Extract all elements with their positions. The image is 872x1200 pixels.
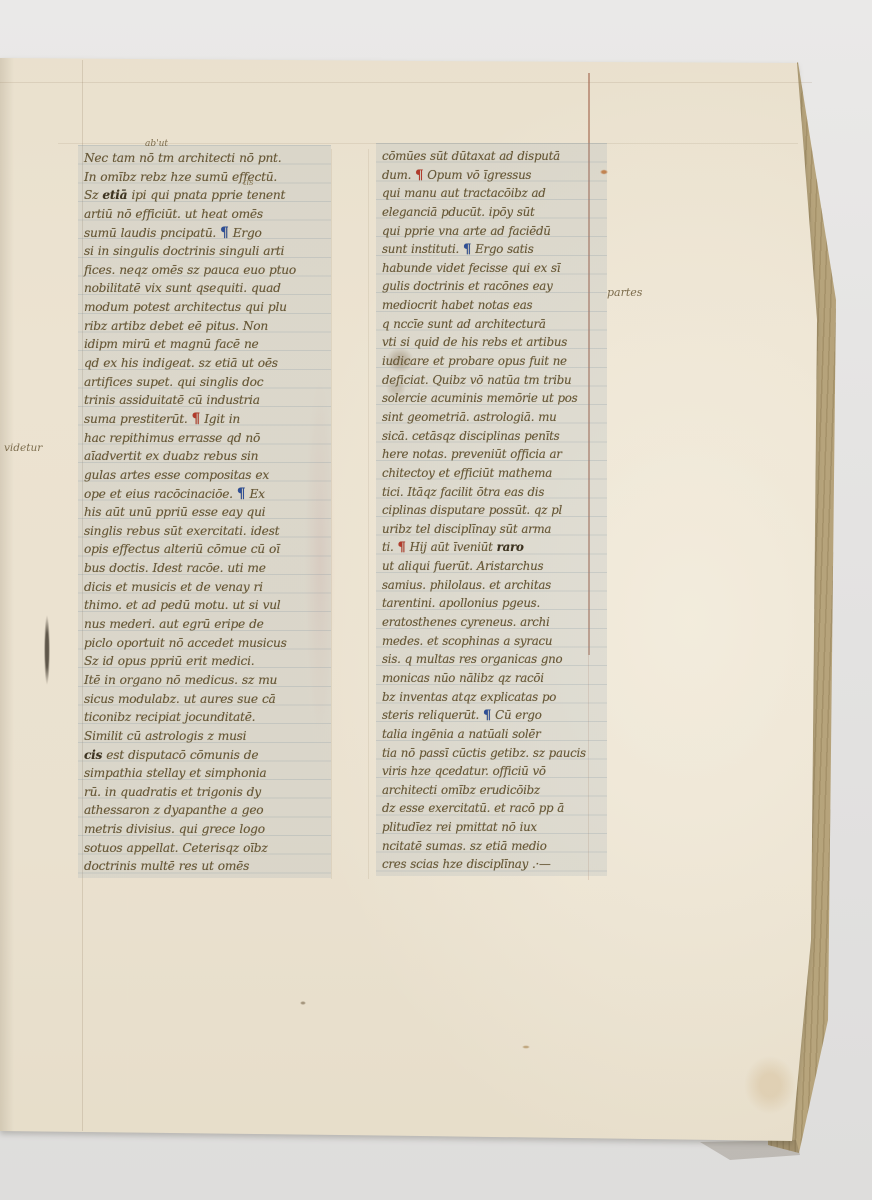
text-line: dicis et musicis et de venay ri bbox=[84, 578, 325, 597]
text-line: aīadvertit ex duabz rebus sin bbox=[84, 447, 325, 466]
text-line: modum potest architectus qui plu bbox=[84, 298, 325, 317]
text-segment: iudicare et probare opus fuit ne bbox=[382, 354, 567, 368]
pilcrow-mark: ¶ bbox=[220, 225, 228, 241]
text-line: qd ex his indigeat. sz etiā ut oēs bbox=[84, 354, 325, 373]
text-line: Sz etiā ipi qui pnata pprie tenent bbox=[84, 186, 325, 205]
text-line: si in singulis doctrinis singuli arti bbox=[84, 242, 325, 261]
interlinear-gloss-line3: tis bbox=[243, 178, 254, 188]
text-segment: artifices supet. qui singlis doc bbox=[84, 375, 263, 389]
text-line: plitudīez rei pmittat nō iux bbox=[382, 818, 601, 837]
text-segment: medes. et scophinas a syracu bbox=[382, 634, 552, 648]
text-line: ncitatē sumas. sz etiā medio bbox=[382, 837, 601, 856]
text-line: solercie acuminis memōrie ut pos bbox=[382, 389, 601, 408]
text-segment: tici. Itāqz facilit ōtra eas dis bbox=[382, 485, 544, 499]
text-segment: suma prestiterūt. bbox=[84, 412, 192, 426]
text-segment: eratosthenes cyreneus. archi bbox=[382, 615, 550, 629]
text-segment: nus mederi. aut egrū eripe de bbox=[84, 617, 264, 631]
text-segment: architecti omībz erudicōibz bbox=[382, 783, 540, 797]
text-segment: solercie acuminis memōrie ut pos bbox=[382, 391, 577, 405]
text-segment: Itē in organo nō medicus. sz mu bbox=[84, 673, 277, 687]
text-line: sunt instituti. ¶ Ergo satis bbox=[382, 240, 601, 259]
text-line: dz esse exercitatū. et racō pp ā bbox=[382, 799, 601, 818]
text-segment: Igit in bbox=[200, 412, 240, 426]
text-line: tia nō passī cūctis getibz. sz paucis bbox=[382, 744, 601, 763]
text-segment: rū. in quadratis et trigonis dy bbox=[84, 785, 261, 799]
text-line: ticonibz recipiat jocunditatē. bbox=[84, 708, 325, 727]
pilcrow-mark: ¶ bbox=[398, 540, 406, 555]
text-line: Nec tam nō tm architecti nō pnt. bbox=[84, 149, 325, 168]
text-line: suma prestiterūt. ¶ Igit in bbox=[84, 410, 325, 429]
text-segment: eleganciā pducūt. ipōy sūt bbox=[382, 205, 534, 219]
text-line: sicus modulabz. ut aures sue cā bbox=[84, 690, 325, 709]
text-line: sicā. cetāsqz disciplinas penīts bbox=[382, 427, 601, 446]
text-segment: monicas nūo nālibz qz racōi bbox=[382, 671, 544, 685]
text-segment: Ergo bbox=[229, 226, 262, 240]
text-line: sumū laudis pncipatū. ¶ Ergo bbox=[84, 224, 325, 243]
text-segment: ut aliqui fuerūt. Aristarchus bbox=[382, 559, 543, 573]
text-segment: simpathia stellay et simphonia bbox=[84, 766, 266, 780]
text-segment: Sz id opus ppriū erit medici. bbox=[84, 654, 254, 668]
margin-note-left: videtur bbox=[4, 442, 42, 454]
text-segment: ncitatē sumas. sz etiā medio bbox=[382, 839, 547, 853]
text-column-right: cōmūes sūt dūtaxat ad disputādum. ¶ Opum… bbox=[382, 147, 601, 874]
text-line: cis est disputacō cōmunis de bbox=[84, 746, 325, 765]
ruling-line-top bbox=[0, 82, 812, 83]
text-line: cres scias hze disciplīnay .·— bbox=[382, 855, 601, 874]
text-line: ti. ¶ Hij aūt īveniūt raro bbox=[382, 538, 601, 557]
text-segment: thimo. et ad pedū motu. ut si vul bbox=[84, 598, 280, 612]
text-segment: est disputacō cōmunis de bbox=[102, 748, 258, 762]
text-segment: sint geometriā. astrologiā. mu bbox=[382, 410, 557, 424]
text-segment: athessaron z dyapanthe a geo bbox=[84, 803, 263, 817]
text-line: gulas artes esse compositas ex bbox=[84, 466, 325, 485]
text-segment: idipm mirū et magnū facē ne bbox=[84, 337, 259, 351]
text-segment: Ex bbox=[245, 487, 264, 501]
text-segment: aīadvertit ex duabz rebus sin bbox=[84, 449, 258, 463]
text-segment: cres scias hze disciplīnay .·— bbox=[382, 857, 551, 871]
text-segment: sotuos appellat. Ceterisqz oībz bbox=[84, 841, 268, 855]
text-segment: singlis rebus sūt exercitati. idest bbox=[84, 524, 279, 538]
text-line: cōmūes sūt dūtaxat ad disputā bbox=[382, 147, 601, 166]
text-line: iudicare et probare opus fuit ne bbox=[382, 352, 601, 371]
text-segment: piclo oportuit nō accedet musicus bbox=[84, 636, 287, 650]
text-segment: doctrinis multē res ut omēs bbox=[84, 859, 249, 873]
manuscript-photo: Nec tam nō tm architecti nō pnt.In omībz… bbox=[0, 0, 872, 1200]
text-segment: sicā. cetāsqz disciplinas penīts bbox=[382, 429, 559, 443]
text-line: Sz id opus ppriū erit medici. bbox=[84, 652, 325, 671]
text-segment: mediocrit habet notas eas bbox=[382, 298, 532, 312]
text-segment: gulis doctrinis et racōnes eay bbox=[382, 279, 553, 293]
text-segment: bz inventas atqz explicatas po bbox=[382, 690, 556, 704]
text-segment: ciplinas disputare possūt. qz pl bbox=[382, 503, 562, 517]
text-line: tarentini. apollonius pgeus. bbox=[382, 594, 601, 613]
ruling-line-gutter-a bbox=[331, 149, 332, 879]
text-line: sint geometriā. astrologiā. mu bbox=[382, 408, 601, 427]
pilcrow-mark: ¶ bbox=[483, 708, 491, 723]
text-segment: ope et eius racōcinaciōe. bbox=[84, 487, 237, 501]
text-segment: plitudīez rei pmittat nō iux bbox=[382, 820, 537, 834]
text-segment: ticonibz recipiat jocunditatē. bbox=[84, 710, 255, 724]
text-line: idipm mirū et magnū facē ne bbox=[84, 335, 325, 354]
text-line: bus doctis. Idest racōe. uti me bbox=[84, 559, 325, 578]
text-column-left: Nec tam nō tm architecti nō pnt.In omībz… bbox=[84, 149, 325, 876]
text-segment: sumū laudis pncipatū. bbox=[84, 226, 220, 240]
text-segment: trinis assiduitatē cū industria bbox=[84, 393, 260, 407]
text-line: dum. ¶ Opum vō īgressus bbox=[382, 166, 601, 185]
text-line: bz inventas atqz explicatas po bbox=[382, 688, 601, 707]
text-line: steris reliquerūt. ¶ Cū ergo bbox=[382, 706, 601, 725]
text-segment: dz esse exercitatū. et racō pp ā bbox=[382, 801, 564, 815]
text-segment: steris reliquerūt. bbox=[382, 708, 483, 722]
text-line: artifices supet. qui singlis doc bbox=[84, 373, 325, 392]
text-line: rū. in quadratis et trigonis dy bbox=[84, 783, 325, 802]
interlinear-gloss-top: ab'ut bbox=[145, 139, 168, 149]
text-segment: sis. q multas res organicas gno bbox=[382, 652, 562, 666]
text-segment: Nec tam nō tm architecti nō pnt. bbox=[84, 151, 281, 165]
text-segment: uribz tel disciplīnay sūt arma bbox=[382, 522, 551, 536]
text-line: chitectoy et efficiūt mathema bbox=[382, 464, 601, 483]
text-segment: Ergo satis bbox=[471, 242, 533, 256]
text-segment: sicus modulabz. ut aures sue cā bbox=[84, 692, 276, 706]
text-segment: Similit cū astrologis z musi bbox=[84, 729, 246, 743]
text-segment: artiū nō efficiūt. ut heat omēs bbox=[84, 207, 263, 221]
text-segment: ipi qui pnata pprie tenent bbox=[127, 188, 285, 202]
text-line: his aūt unū ppriū esse eay qui bbox=[84, 503, 325, 522]
text-line: tici. Itāqz facilit ōtra eas dis bbox=[382, 483, 601, 502]
text-line: trinis assiduitatē cū industria bbox=[84, 391, 325, 410]
text-segment: hac repithimus errasse qd nō bbox=[84, 431, 260, 445]
text-segment: Sz bbox=[84, 188, 102, 202]
text-segment: qui pprie vna arte ad faciēdū bbox=[382, 224, 551, 238]
text-line: samius. philolaus. et architas bbox=[382, 576, 601, 595]
text-line: qui pprie vna arte ad faciēdū bbox=[382, 222, 601, 241]
text-line: artiū nō efficiūt. ut heat omēs bbox=[84, 205, 325, 224]
text-segment: tarentini. apollonius pgeus. bbox=[382, 596, 540, 610]
text-segment: viris hze qcedatur. officiū vō bbox=[382, 764, 546, 778]
text-segment: vti si quid de his rebs et artibus bbox=[382, 335, 567, 349]
text-line: vti si quid de his rebs et artibus bbox=[382, 333, 601, 352]
text-line: qui manu aut tractacōibz ad bbox=[382, 184, 601, 203]
text-segment: fices. neqz omēs sz pauca euo ptuo bbox=[84, 263, 296, 277]
text-segment: ti. bbox=[382, 540, 398, 554]
text-line: Itē in organo nō medicus. sz mu bbox=[84, 671, 325, 690]
text-line: ut aliqui fuerūt. Aristarchus bbox=[382, 557, 601, 576]
text-line: viris hze qcedatur. officiū vō bbox=[382, 762, 601, 781]
text-line: here notas. preveniūt officia ar bbox=[382, 445, 601, 464]
text-line: ribz artibz debet eē pitus. Non bbox=[84, 317, 325, 336]
pilcrow-mark: ¶ bbox=[463, 242, 471, 257]
text-line: ope et eius racōcinaciōe. ¶ Ex bbox=[84, 485, 325, 504]
text-segment: here notas. preveniūt officia ar bbox=[382, 447, 562, 461]
text-line: hac repithimus errasse qd nō bbox=[84, 429, 325, 448]
text-line: habunde videt fecisse qui ex sī bbox=[382, 259, 601, 278]
text-line: Similit cū astrologis z musi bbox=[84, 727, 325, 746]
text-segment: etiā bbox=[102, 188, 127, 202]
text-segment: raro bbox=[497, 540, 524, 554]
text-line: gulis doctrinis et racōnes eay bbox=[382, 277, 601, 296]
text-segment: Opum vō īgressus bbox=[423, 168, 531, 182]
text-segment: samius. philolaus. et architas bbox=[382, 578, 551, 592]
text-segment: nobilitatē vix sunt qsequiti. quad bbox=[84, 281, 281, 295]
text-segment: deficiat. Quibz vō natūa tm tribu bbox=[382, 373, 571, 387]
text-line: architecti omībz erudicōibz bbox=[382, 781, 601, 800]
text-line: simpathia stellay et simphonia bbox=[84, 764, 325, 783]
text-line: piclo oportuit nō accedet musicus bbox=[84, 634, 325, 653]
text-line: ciplinas disputare possūt. qz pl bbox=[382, 501, 601, 520]
text-line: doctrinis multē res ut omēs bbox=[84, 857, 325, 876]
margin-note-right: partes bbox=[607, 286, 642, 299]
text-line: q nccīe sunt ad architecturā bbox=[382, 315, 601, 334]
text-line: sis. q multas res organicas gno bbox=[382, 650, 601, 669]
text-line: nobilitatē vix sunt qsequiti. quad bbox=[84, 279, 325, 298]
text-segment: qui manu aut tractacōibz ad bbox=[382, 186, 546, 200]
text-line: talia ingēnia a natūali solēr bbox=[382, 725, 601, 744]
text-segment: metris divisius. qui grece logo bbox=[84, 822, 265, 836]
text-segment: bus doctis. Idest racōe. uti me bbox=[84, 561, 266, 575]
text-line: singlis rebus sūt exercitati. idest bbox=[84, 522, 325, 541]
text-segment: his aūt unū ppriū esse eay qui bbox=[84, 505, 265, 519]
text-line: uribz tel disciplīnay sūt arma bbox=[382, 520, 601, 539]
text-line: eratosthenes cyreneus. archi bbox=[382, 613, 601, 632]
text-segment: talia ingēnia a natūali solēr bbox=[382, 727, 541, 741]
text-segment: si in singulis doctrinis singuli arti bbox=[84, 244, 284, 258]
text-line: eleganciā pducūt. ipōy sūt bbox=[382, 203, 601, 222]
text-line: medes. et scophinas a syracu bbox=[382, 632, 601, 651]
text-segment: gulas artes esse compositas ex bbox=[84, 468, 269, 482]
text-segment: Cū ergo bbox=[491, 708, 541, 722]
text-line: mediocrit habet notas eas bbox=[382, 296, 601, 315]
text-segment: chitectoy et efficiūt mathema bbox=[382, 466, 552, 480]
text-line: nus mederi. aut egrū eripe de bbox=[84, 615, 325, 634]
text-segment: ribz artibz debet eē pitus. Non bbox=[84, 319, 268, 333]
text-line: thimo. et ad pedū motu. ut si vul bbox=[84, 596, 325, 615]
text-line: metris divisius. qui grece logo bbox=[84, 820, 325, 839]
text-segment: Hij aūt īveniūt bbox=[406, 540, 497, 554]
text-segment: qd ex his indigeat. sz etiā ut oēs bbox=[84, 356, 278, 370]
text-segment: habunde videt fecisse qui ex sī bbox=[382, 261, 560, 275]
text-segment: modum potest architectus qui plu bbox=[84, 300, 287, 314]
text-segment: cis bbox=[84, 748, 102, 762]
text-segment: dicis et musicis et de venay ri bbox=[84, 580, 263, 594]
text-segment: sunt instituti. bbox=[382, 242, 463, 256]
text-line: deficiat. Quibz vō natūa tm tribu bbox=[382, 371, 601, 390]
text-segment: q nccīe sunt ad architecturā bbox=[382, 317, 546, 331]
pilcrow-mark: ¶ bbox=[192, 411, 200, 427]
text-line: sotuos appellat. Ceterisqz oībz bbox=[84, 839, 325, 858]
text-segment: dum. bbox=[382, 168, 415, 182]
text-line: monicas nūo nālibz qz racōi bbox=[382, 669, 601, 688]
text-line: fices. neqz omēs sz pauca euo ptuo bbox=[84, 261, 325, 280]
text-segment: tia nō passī cūctis getibz. sz paucis bbox=[382, 746, 586, 760]
text-segment: cōmūes sūt dūtaxat ad disputā bbox=[382, 149, 560, 163]
text-line: In omībz rebz hze sumū effectū. bbox=[84, 168, 325, 187]
text-segment: opis effectus alteriū cōmue cū oī bbox=[84, 542, 280, 556]
text-line: opis effectus alteriū cōmue cū oī bbox=[84, 540, 325, 559]
ruling-line-gutter-b bbox=[368, 149, 369, 879]
text-line: athessaron z dyapanthe a geo bbox=[84, 801, 325, 820]
